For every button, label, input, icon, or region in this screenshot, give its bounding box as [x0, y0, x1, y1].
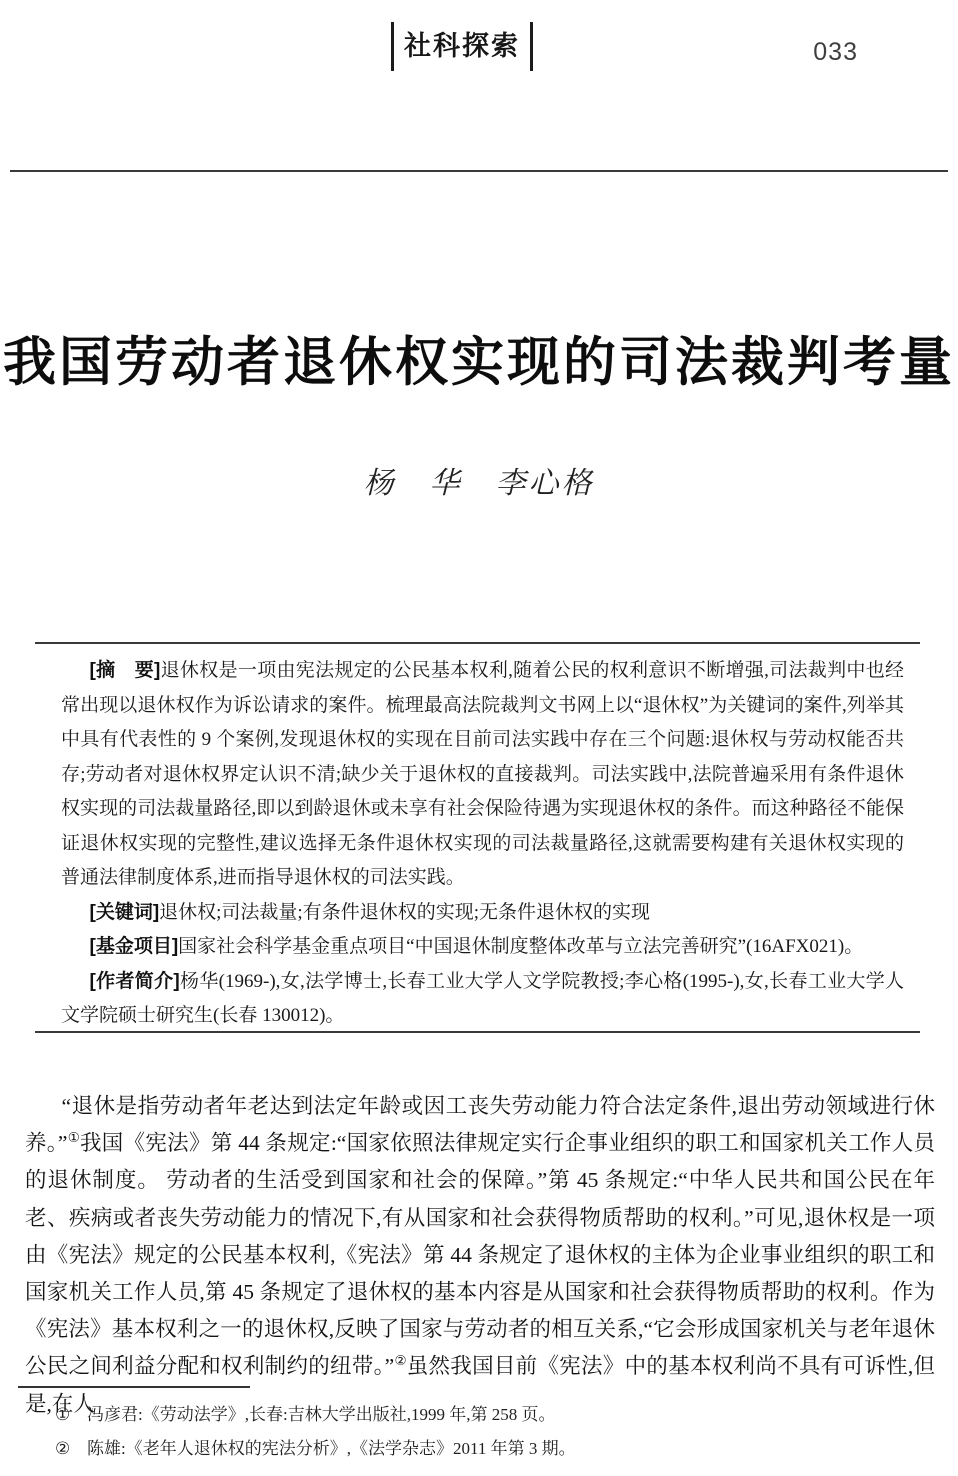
fund-line: [基金项目]国家社会科学基金重点项目“中国退休制度整体改革与立法完善研究”(16… [61, 930, 904, 965]
article-authors: 杨 华 李心格 [0, 458, 958, 502]
keywords-text: 退休权;司法裁量;有条件退休权的实现;无条件退休权的实现 [159, 902, 650, 923]
abstract-label: [摘 要] [90, 660, 161, 681]
body-text-segment: 我国《宪法》第 44 条规定:“国家依照法律规定实行企事业组织的职工和国家机关工… [25, 1131, 935, 1378]
author-bio-label: [作者简介] [90, 971, 180, 992]
author-bio-text: 杨华(1969-),女,法学博士,长春工业大学人文学院教授;李心格(1995-)… [61, 971, 904, 1027]
page-number: 033 [813, 38, 858, 67]
footnote-separator-rule [18, 1386, 250, 1388]
body-paragraph: “退休是指劳动者年老达到法定年龄或因工丧失劳动能力符合法定条件,退出劳动领域进行… [25, 1088, 935, 1423]
footnote-item: ② 陈雄:《老年人退休权的宪法分析》,《法学杂志》2011 年第 3 期。 [25, 1432, 935, 1466]
footnote-text: 冯彦君:《劳动法学》,长春:吉林大学出版社,1999 年,第 258 页。 [87, 1398, 935, 1432]
article-title: 我国劳动者退休权实现的司法裁判考量 [0, 320, 958, 396]
keywords-line: [关键词]退休权;司法裁量;有条件退休权的实现;无条件退休权的实现 [61, 896, 904, 931]
footnote-item: ① 冯彦君:《劳动法学》,长春:吉林大学出版社,1999 年,第 258 页。 [25, 1398, 935, 1432]
abstract-text: 退休权是一项由宪法规定的公民基本权利,随着公民的权利意识不断增强,司法裁判中也经… [61, 660, 904, 888]
author-bio-paragraph: [作者简介]杨华(1969-),女,法学博士,长春工业大学人文学院教授;李心格(… [61, 965, 904, 1034]
fund-label: [基金项目] [90, 936, 179, 957]
keywords-label: [关键词] [90, 902, 160, 923]
abstract-paragraph: [摘 要]退休权是一项由宪法规定的公民基本权利,随着公民的权利意识不断增强,司法… [61, 654, 904, 896]
fund-text: 国家社会科学基金重点项目“中国退休制度整体改革与立法完善研究”(16AFX021… [178, 936, 863, 957]
footnote-ref-1: ① [67, 1130, 80, 1145]
footnotes: ① 冯彦君:《劳动法学》,长春:吉林大学出版社,1999 年,第 258 页。 … [25, 1398, 935, 1466]
section-label: 社科探索 [391, 22, 533, 71]
abstract-block: [摘 要]退休权是一项由宪法规定的公民基本权利,随着公民的权利意识不断增强,司法… [35, 642, 920, 1033]
journal-page: 社科探索 033 我国劳动者退休权实现的司法裁判考量 杨 华 李心格 [摘 要]… [0, 0, 958, 1476]
footnote-marker: ② [55, 1432, 87, 1466]
header-divider-rule [10, 170, 948, 172]
footnote-ref-2: ② [394, 1353, 407, 1368]
footnote-marker: ① [55, 1398, 87, 1432]
footnote-text: 陈雄:《老年人退休权的宪法分析》,《法学杂志》2011 年第 3 期。 [87, 1432, 935, 1466]
